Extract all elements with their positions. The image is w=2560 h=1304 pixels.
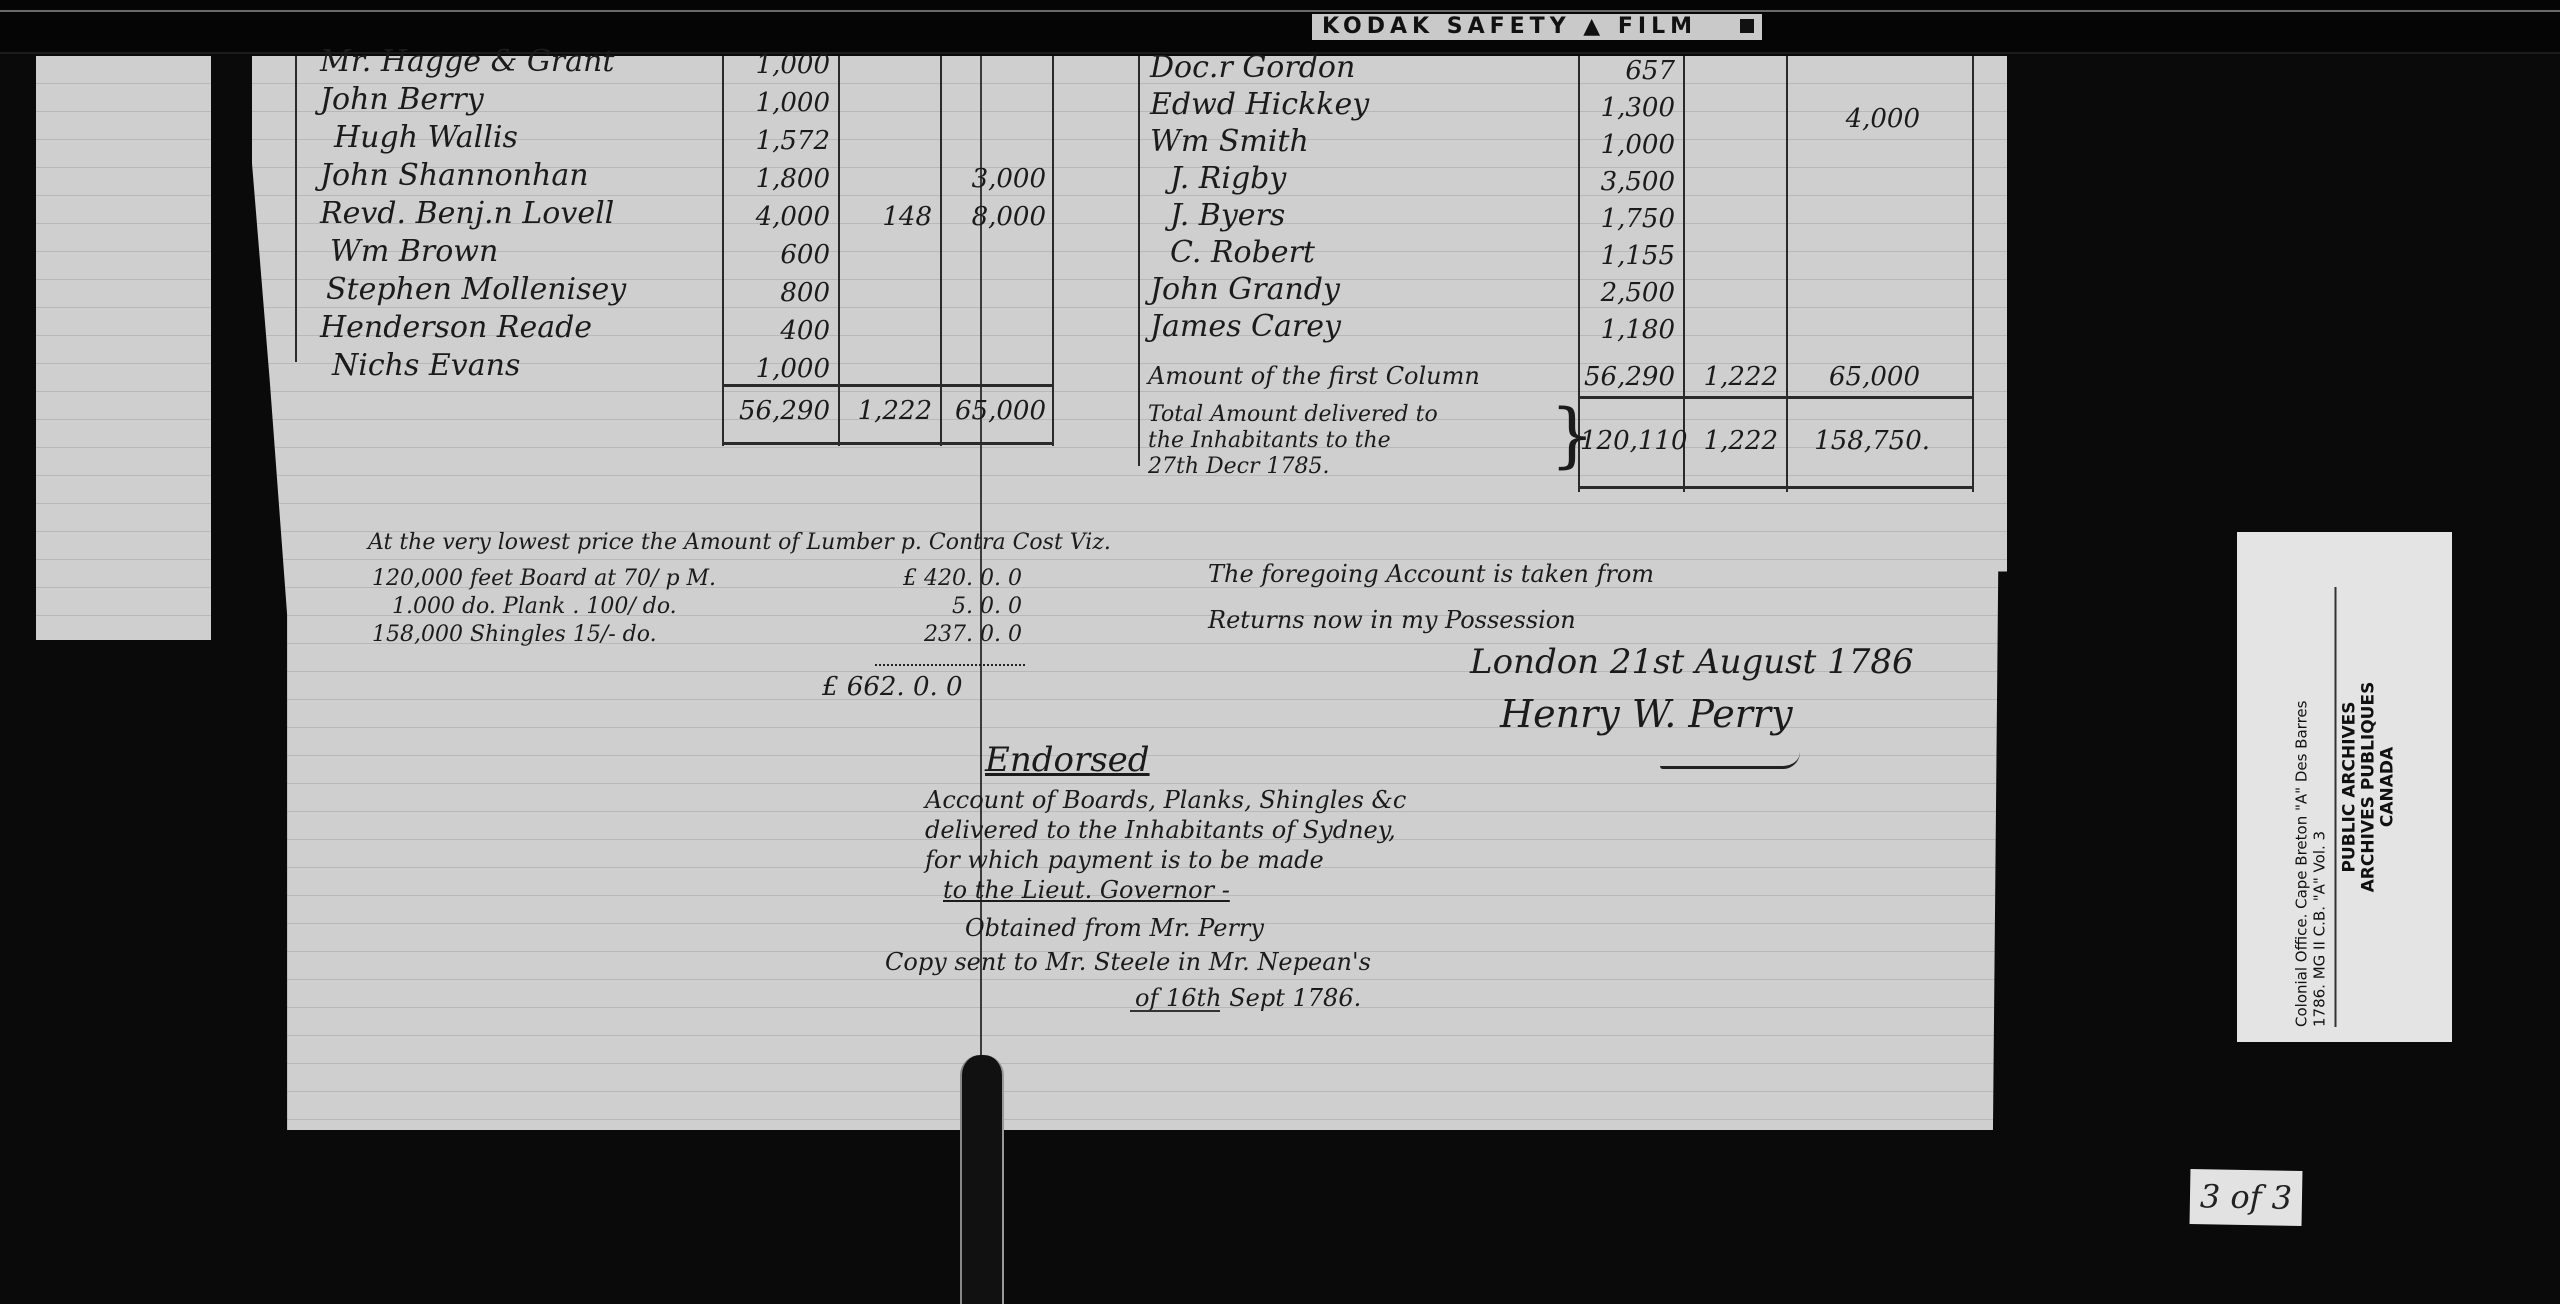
endorsement-heading: Endorsed <box>985 740 1150 780</box>
adjacent-page-strip <box>36 56 211 640</box>
lumber-line: 158,000 Shingles 15/- do. 237. 0. 0 <box>372 622 1022 650</box>
lumber-line: 1.000 do. Plank . 100/ do. 5. 0. 0 <box>372 594 1022 622</box>
signature-flourish <box>1660 752 1800 769</box>
right-margin-rule <box>1138 56 1140 466</box>
film-edge-line <box>0 10 2560 12</box>
grand-total-col3: 158,750. <box>1790 426 1930 456</box>
table-row-name: John Grandy <box>1150 272 1570 309</box>
archive-collection: Colonial Office. Cape Breton "A" Des Bar… <box>2292 547 2310 1027</box>
table-row-name: Doc.r Gordon <box>1150 50 1570 87</box>
right-table-bottom-rule <box>1578 486 1974 489</box>
cell-value: 4,000 <box>1790 104 1920 134</box>
page-count-tag: 3 of 3 <box>2190 1169 2303 1226</box>
table-row-name: Hugh Wallis <box>320 120 720 158</box>
table-row-name: Wm Brown <box>320 234 720 272</box>
lumber-total: £ 662. 0. 0 <box>822 672 963 702</box>
lumber-amount: 237. 0. 0 <box>924 622 1022 647</box>
label-line: 27th Decr 1785. <box>1148 454 1568 480</box>
lumber-line: 120,000 feet Board at 70/ p M. £ 420. 0.… <box>372 566 1022 594</box>
cell-value: 1,180 <box>1580 315 1675 352</box>
total-delivered-label: Total Amount delivered to the Inhabitant… <box>1148 402 1568 480</box>
cell-value: 600 <box>724 240 830 278</box>
archive-reference-label: Colonial Office. Cape Breton "A" Des Bar… <box>2237 532 2452 1042</box>
cell-value: 1,750 <box>1580 204 1675 241</box>
left-table-col1: 1,000 1,000 1,572 1,800 4,000 600 800 40… <box>724 50 830 392</box>
cell-value: 1,572 <box>724 126 830 164</box>
table-row-name: James Carey <box>1150 309 1570 346</box>
right-table-col-rule-4 <box>1972 56 1974 492</box>
endorsement-line: Obtained from Mr. Perry <box>925 914 1625 948</box>
archive-stamp-line: PUBLIC ARCHIVES <box>2340 547 2359 1027</box>
table-row-name: John Berry <box>320 82 720 120</box>
label-line: Total Amount delivered to <box>1148 402 1568 428</box>
cell-value: 657 <box>1580 56 1675 93</box>
cell-value: 1,000 <box>1580 130 1675 167</box>
cell-value: 1,155 <box>1580 241 1675 278</box>
attestation-line-1: The foregoing Account is taken from <box>1208 560 1654 588</box>
endorsement-body: Account of Boards, Planks, Shingles &c d… <box>925 786 1625 1014</box>
kodak-film-marking: KODAK SAFETY ▲ FILM <box>1312 14 1762 40</box>
cell-value: 3,500 <box>1580 167 1675 204</box>
table-row-name: Revd. Benj.n Lovell <box>320 196 720 234</box>
closing-rule <box>1130 1010 1220 1012</box>
cell-value: 4,000 <box>724 202 830 240</box>
table-row-name: Henderson Reade <box>320 310 720 348</box>
cell-value: 1,800 <box>724 164 830 202</box>
place-date: London 21st August 1786 <box>1470 642 1914 682</box>
sum-underline <box>875 656 1025 666</box>
left-table-names: Mr. Hagge & Grant John Berry Hugh Wallis… <box>320 44 720 386</box>
cell-value: 1,000 <box>724 88 830 126</box>
left-table-col-rule-4 <box>1052 56 1054 446</box>
left-total-col1: 56,290 <box>724 396 830 426</box>
left-table-col-rule-3 <box>940 56 942 446</box>
right-table-col-rule-3 <box>1786 56 1788 492</box>
endorsement-line: of 16th Sept 1786. <box>925 984 1625 1014</box>
archive-reference: 1786. MG II C.B. "A" Vol. 3 <box>2310 547 2328 1027</box>
right-table-col1: 657 1,300 1,000 3,500 1,750 1,155 2,500 … <box>1580 56 1675 352</box>
cell-value: 1,300 <box>1580 93 1675 130</box>
table-row-name: Stephen Mollenisey <box>320 272 720 310</box>
endorsement-line: delivered to the Inhabitants of Sydney, <box>925 816 1625 846</box>
cell-value: 400 <box>724 316 830 354</box>
table-row-name: Wm Smith <box>1150 124 1570 161</box>
table-row-name: Nichs Evans <box>320 348 720 386</box>
lumber-lines: 120,000 feet Board at 70/ p M. £ 420. 0.… <box>372 566 1022 650</box>
table-row-name: Edwd Hickkey <box>1150 87 1570 124</box>
first-column-col3: 65,000 <box>1790 362 1920 392</box>
left-table-bottom-rule <box>722 442 1052 445</box>
first-column-col1: 56,290 <box>1580 362 1675 392</box>
endorsement-line: to the Lieut. Governor - <box>925 876 1625 914</box>
endorsement-line: Copy sent to Mr. Steele in Mr. Nepean's <box>885 948 1625 984</box>
table-row-name: Mr. Hagge & Grant <box>320 44 720 82</box>
table-row-name: C. Robert <box>1150 235 1570 272</box>
cell-value: 2,500 <box>1580 278 1675 315</box>
left-margin-rule <box>295 56 297 362</box>
endorsement-line: Account of Boards, Planks, Shingles &c <box>925 786 1625 816</box>
cell-value: 800 <box>724 278 830 316</box>
signature: Henry W. Perry <box>1500 692 1793 736</box>
film-square-icon <box>1740 19 1754 33</box>
first-column-label: Amount of the first Column <box>1148 362 1480 390</box>
right-table-names: Doc.r Gordon Edwd Hickkey Wm Smith J. Ri… <box>1150 50 1570 346</box>
cell-value: 1,000 <box>724 50 830 88</box>
archive-stamp-line: CANADA <box>2378 547 2397 1027</box>
lumber-heading: At the very lowest price the Amount of L… <box>368 530 1111 555</box>
grand-total-col1: 120,110 <box>1580 426 1675 456</box>
grand-total-col2: 1,222 <box>1686 426 1778 456</box>
table-row-name: J. Byers <box>1150 198 1570 235</box>
right-table-first-total-rule <box>1578 396 1974 399</box>
lumber-item: 120,000 feet Board at 70/ p M. <box>372 566 716 591</box>
cell-value: 148 <box>840 202 932 232</box>
pen-holding-page <box>960 1055 1004 1304</box>
lumber-item: 158,000 Shingles 15/- do. <box>372 622 657 647</box>
table-row-name: John Shannonhan <box>320 158 720 196</box>
label-text: Colonial Office. Cape Breton "A" Des Bar… <box>2292 547 2397 1027</box>
first-column-col2: 1,222 <box>1686 362 1778 392</box>
table-row-name: J. Rigby <box>1150 161 1570 198</box>
cell-value: 8,000 <box>942 202 1046 232</box>
left-table-col-rule-2 <box>838 56 840 446</box>
archive-stamp-line: ARCHIVES PUBLIQUES <box>2359 547 2378 1027</box>
lumber-item: 1.000 do. Plank . 100/ do. <box>392 594 677 619</box>
lumber-amount: 5. 0. 0 <box>952 594 1022 619</box>
left-total-col3: 65,000 <box>942 396 1046 426</box>
lumber-amount: £ 420. 0. 0 <box>903 566 1022 591</box>
attestation-line-2: Returns now in my Possession <box>1208 606 1576 634</box>
cell-value: 3,000 <box>942 164 1046 194</box>
label-line: the Inhabitants to the <box>1148 428 1568 454</box>
left-total-col2: 1,222 <box>840 396 932 426</box>
endorsement-line: for which payment is to be made <box>925 846 1625 876</box>
cell-value: 1,000 <box>724 354 830 392</box>
